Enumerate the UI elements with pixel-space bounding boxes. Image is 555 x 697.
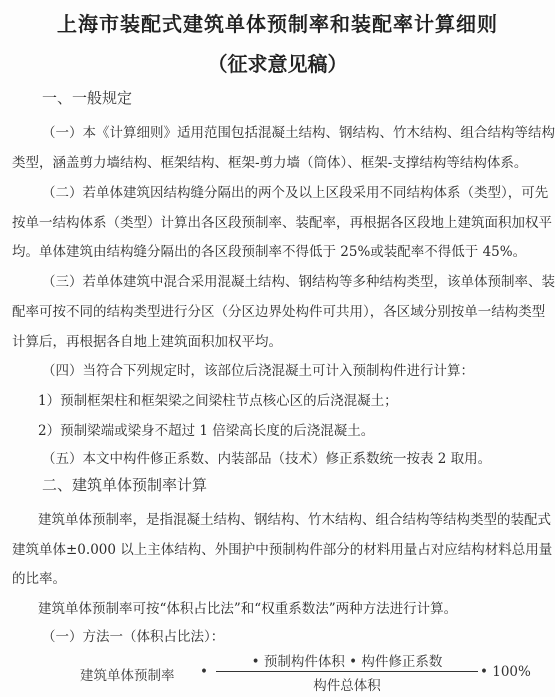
paragraph-line: 类型，涵盖剪力墙结构、框架结构、框架-剪力墙（筒体）、框架-支撑结构等结构体系。 xyxy=(12,151,527,171)
paragraph-line: 均。单体建筑由结构缝分隔出的各区段预制率不得低于 25%或装配率不得低于 45%… xyxy=(12,240,526,260)
formula-denominator: 构件总体积 xyxy=(216,674,478,694)
paragraph-line: （四）当符合下列规定时，该部位后浇混凝土可计入预制构件进行计算： xyxy=(42,359,474,379)
list-item: 1）预制框架柱和框架梁之间梁柱节点核心区的后浇混凝土； xyxy=(38,389,398,409)
paragraph-line: （一）本《计算细则》适用范围包括混凝土结构、钢结构、竹木结构、组合结构等结构 xyxy=(42,121,555,141)
paragraph-line: 按单一结构体系（类型）计算出各区段预制率、装配率，再根据各区段地上建筑面积加权平 xyxy=(12,211,552,231)
paragraph-line: （五）本文中构件修正系数、内装部品（技术）修正系数统一按表 2 取用。 xyxy=(42,447,491,467)
formula-lhs: 建筑单体预制率 xyxy=(80,664,175,684)
formula-equals: • xyxy=(200,664,208,680)
paragraph-line: 建筑单体±0.000 以上主体结构、外围护中预制构件部分的材料用量占对应结构材料… xyxy=(12,538,552,558)
prefab-rate-formula: 建筑单体预制率 • • 预制构件体积 • 构件修正系数 构件总体积 • 100% xyxy=(80,650,480,694)
section-heading-prefab-rate: 二、建筑单体预制率计算 xyxy=(42,474,207,495)
paragraph-line: 配率可按不同的结构类型进行分区（分区边界处构件可共用），各区域分别按单一结构类型 xyxy=(12,300,545,320)
list-item: 2）预制梁端或梁身不超过 1 倍梁高长度的后浇混凝土。 xyxy=(38,419,374,439)
paragraph-line: 计算后，再根据各自地上建筑面积加权平均。 xyxy=(12,330,282,350)
paragraph-line: （二）若单体建筑因结构缝分隔出的两个及以上区段采用不同结构体系（类型），可先 xyxy=(42,181,548,201)
paragraph-line: 建筑单体预制率可按“体积占比法”和“权重系数法”两种方法进行计算。 xyxy=(38,597,457,617)
section-heading-general: 一、一般规定 xyxy=(42,87,132,108)
fraction-bar xyxy=(216,671,478,672)
paragraph-line: （三）若单体建筑中混合采用混凝土结构、钢结构等多种结构类型，该单体预制率、装 xyxy=(42,270,555,290)
formula-rhs: • 100% xyxy=(480,664,531,680)
method-heading: （一）方法一（体积占比法）： xyxy=(42,625,224,645)
document-page: 上海市装配式建筑单体预制率和装配率计算细则 （征求意见稿） 一、一般规定 （一）… xyxy=(0,0,555,697)
paragraph-line: 的比率。 xyxy=(12,567,66,587)
paragraph-line: 建筑单体预制率，是指混凝土结构、钢结构、竹木结构、组合结构等结构类型的装配式 xyxy=(38,508,551,528)
document-title: 上海市装配式建筑单体预制率和装配率计算细则 xyxy=(0,8,555,37)
document-subtitle: （征求意见稿） xyxy=(0,48,555,77)
formula-numerator: • 预制构件体积 • 构件修正系数 xyxy=(216,650,478,670)
